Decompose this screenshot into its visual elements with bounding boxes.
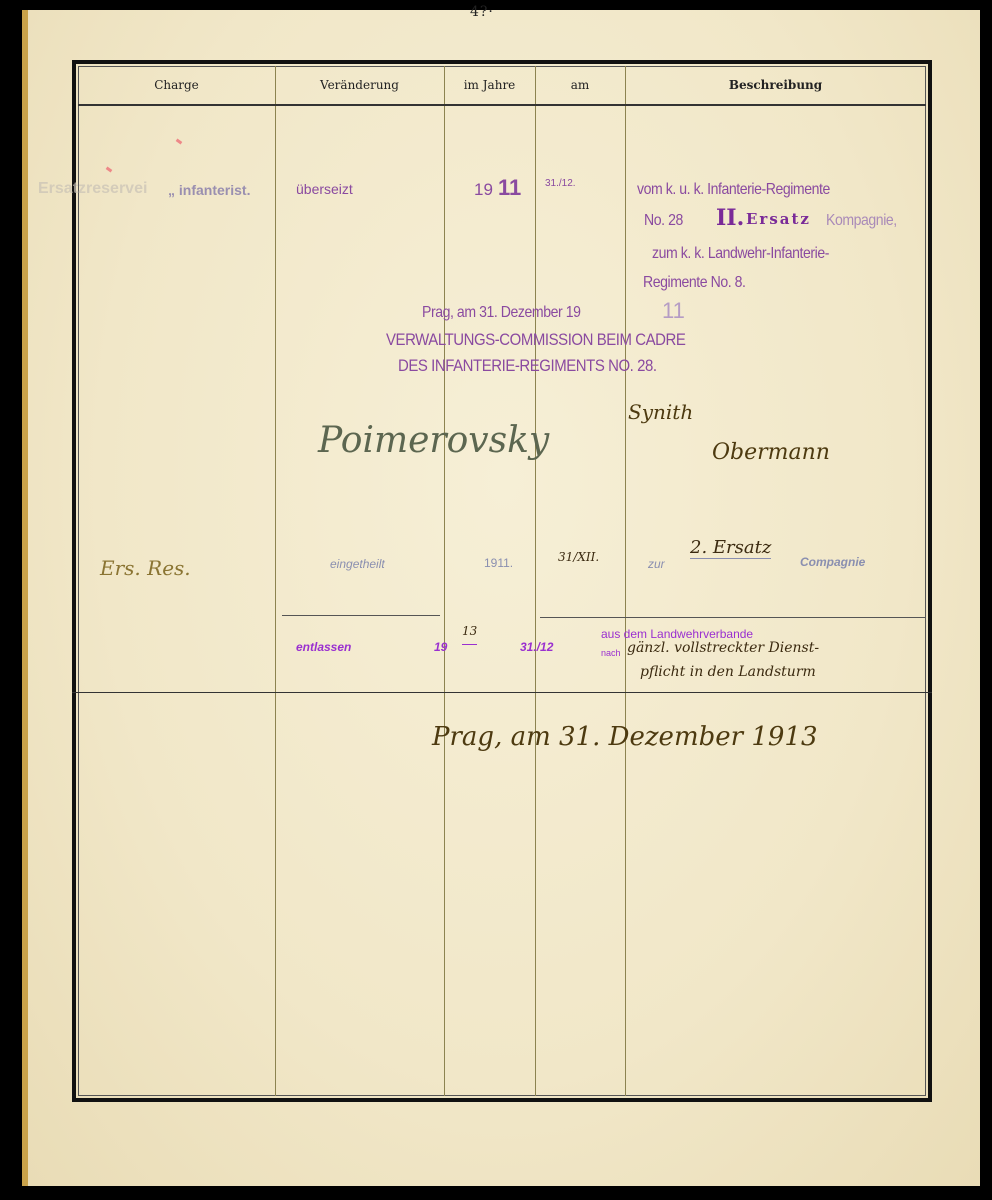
commission-stamp-line3: DES INFANTERIE-REGIMENTS NO. 28. <box>398 356 657 376</box>
entry1-desc-line3: zum k. k. Landwehr-Infanterie- <box>652 245 829 263</box>
entry1-year-suffix: 11 <box>498 175 521 201</box>
entry3-change: entlassen <box>296 640 351 654</box>
commission-stamp-line2: VERWALTUNGS-COMMISSION BEIM CADRE <box>386 330 685 350</box>
entry3-divider <box>282 615 440 616</box>
entry1-date: 31./12. <box>545 178 576 189</box>
entry2-charge: Ers. Res. <box>100 556 191 580</box>
header-am: am <box>535 66 625 104</box>
entry3-desc-hand2: pflicht in den Landsturm <box>640 664 816 680</box>
header-charge: Charge <box>78 66 275 104</box>
entry3-desc-hand1: gänzl. vollstreckter Dienst- <box>627 640 819 656</box>
entry2-desc-suffix: Compagnie <box>800 555 865 569</box>
entry1-desc-company-number: II. <box>716 205 744 231</box>
column-divider <box>535 66 536 1096</box>
entry2-desc-prefix: zur <box>648 557 665 571</box>
entry3-divider <box>540 617 926 618</box>
page-number-mark: 4?· <box>470 4 494 20</box>
signature-right-line1: Synith <box>628 400 693 424</box>
section-divider <box>72 692 932 693</box>
entry3-year-prefix: 19 <box>434 640 447 654</box>
entry1-year-prefix: 19 <box>474 180 493 200</box>
column-divider <box>275 66 276 1096</box>
entry1-desc-ersatz: Ersatz <box>746 210 811 228</box>
column-divider <box>444 66 445 1096</box>
column-divider <box>625 66 626 1096</box>
entry1-desc-line1: vom k. u. k. Infanterie-Regimente <box>637 181 830 199</box>
header-beschreibung: Beschreibung <box>625 66 926 104</box>
entry2-change: eingetheilt <box>330 557 385 571</box>
entry3-desc-stamp1: aus dem Landwehrverbande <box>601 627 753 641</box>
entry1-desc-kompagnie: Kompagnie, <box>826 212 897 230</box>
commission-stamp-place-date: Prag, am 31. Dezember 19 <box>422 304 580 322</box>
signature-right-line2: Obermann <box>712 440 830 465</box>
header-im-jahre: im Jahre <box>444 66 535 104</box>
entry1-desc-line4: Regimente No. 8. <box>643 274 746 292</box>
entry1-desc-regiment-no: No. 28 <box>644 212 683 230</box>
entry1-charge-stamp: „ infanterist. <box>168 182 250 198</box>
entry1-change: überseizt <box>296 181 353 197</box>
entry2-date: 31/XII. <box>558 550 599 564</box>
header-divider <box>78 104 926 106</box>
closing-place-date: Prag, am 31. Dezember 1913 <box>432 722 818 752</box>
entry2-desc-company: 2. Ersatz <box>690 537 771 559</box>
entry3-date: 31./12 <box>520 640 553 654</box>
header-veraenderung: Veränderung <box>275 66 444 104</box>
entry1-charge-faint: Ersatzreservei <box>38 180 147 198</box>
entry3-desc-stamp2: nach <box>601 648 621 658</box>
commission-stamp-year: 11 <box>662 298 685 324</box>
signature-left: Poimerovsky <box>318 420 549 461</box>
entry2-year: 1911. <box>484 556 513 570</box>
entry3-year-suffix: 13 <box>462 624 477 645</box>
